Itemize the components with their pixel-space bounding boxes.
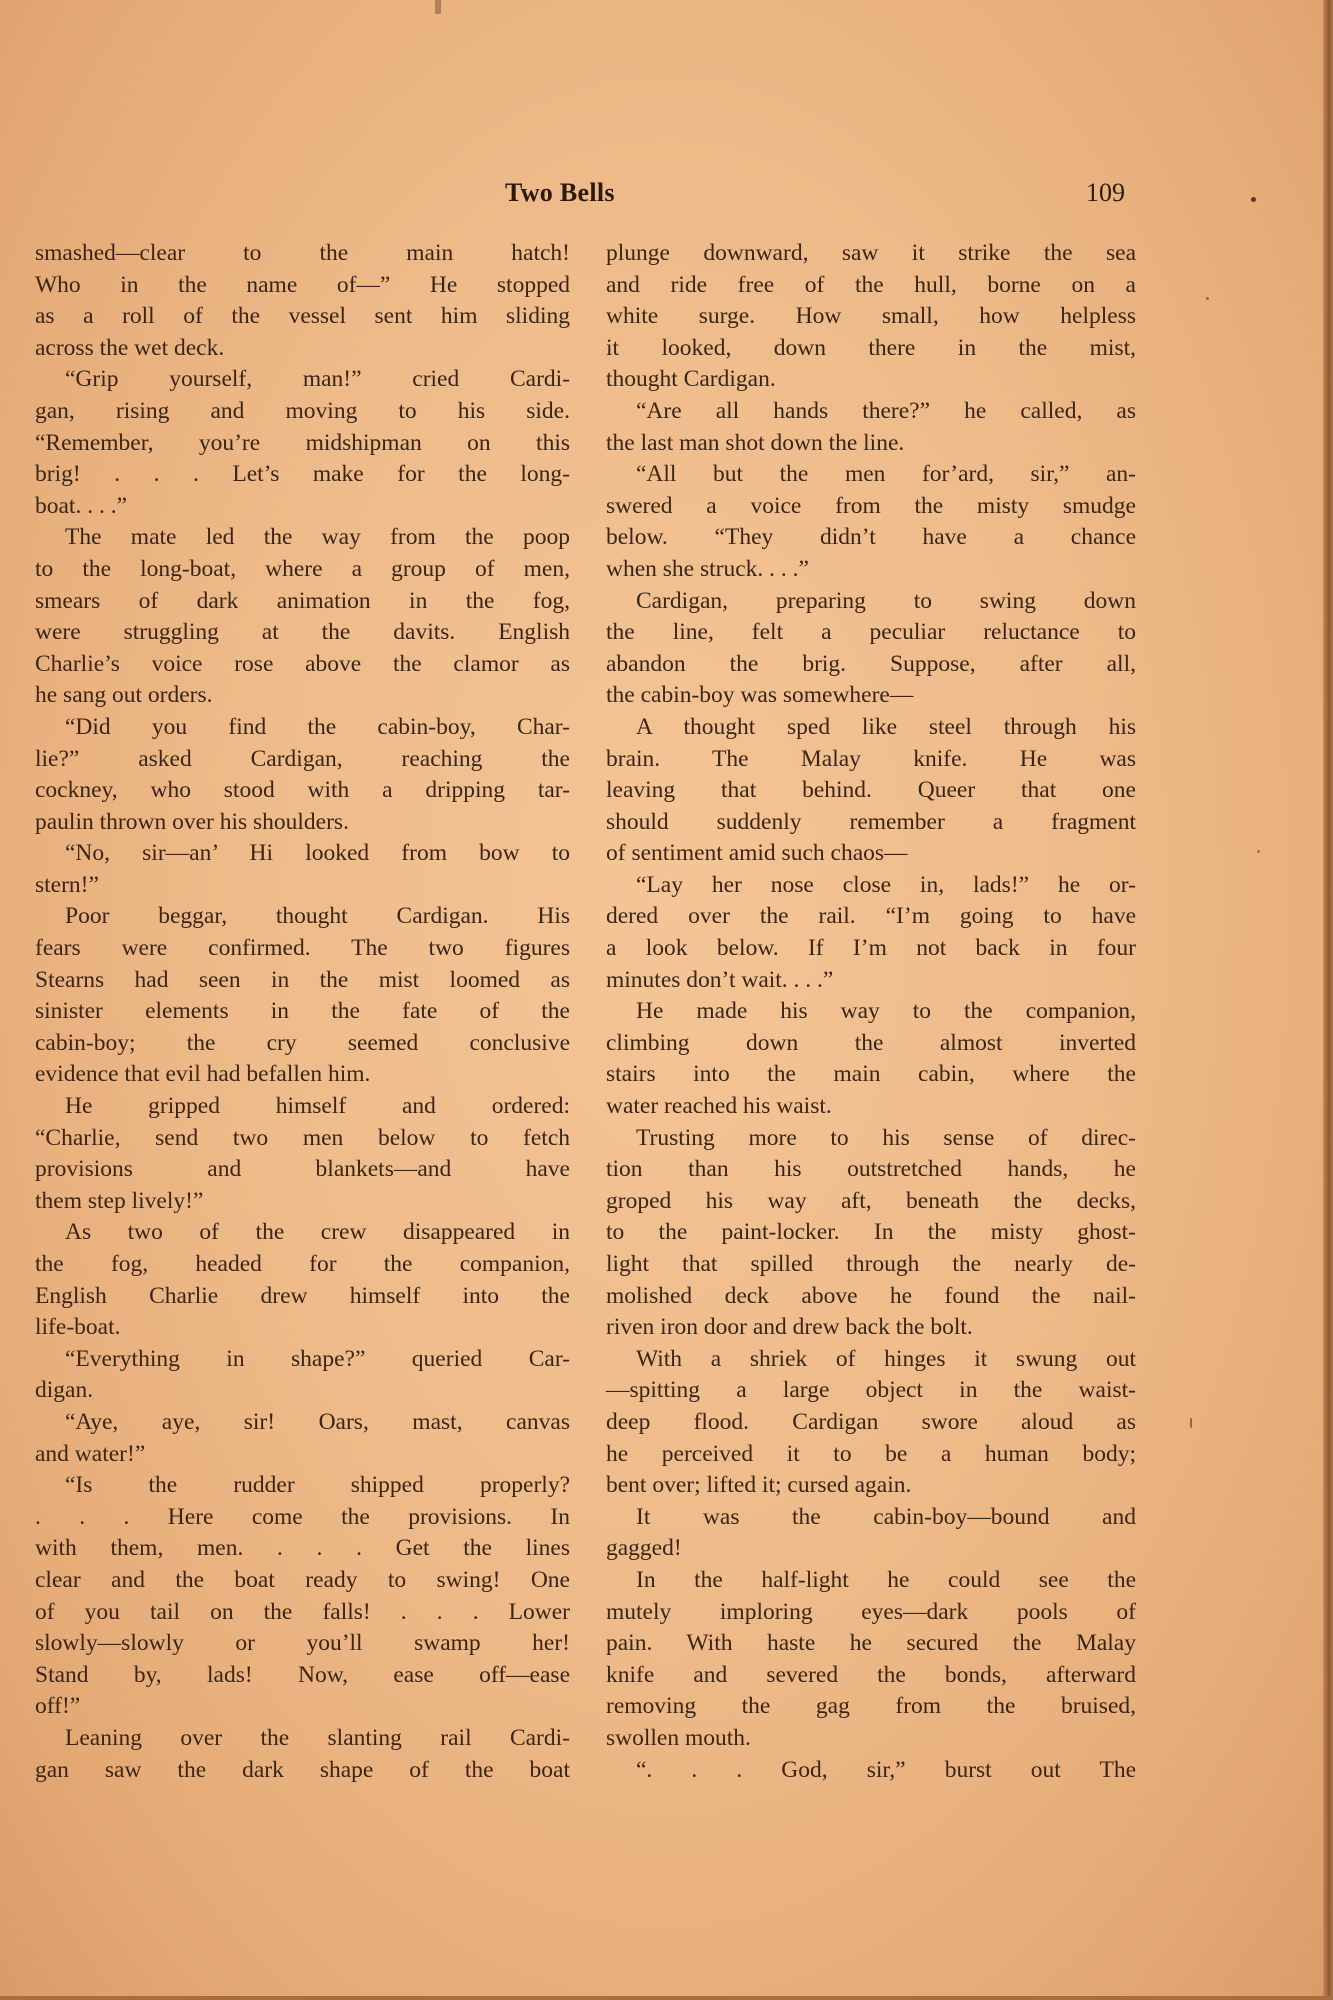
ink-speck (1257, 850, 1260, 853)
text-line: Leaning over the slanting rail Cardi- (35, 1723, 570, 1755)
text-line: to the long-boat, where a group of men, (35, 554, 570, 586)
text-line: a look below. If I’m not back in four (606, 933, 1136, 965)
text-line: slowly—slowly or you’ll swamp her! (35, 1628, 570, 1660)
text-line: brain. The Malay knife. He was (606, 744, 1136, 776)
text-line: groped his way aft, beneath the decks, (606, 1186, 1136, 1218)
text-line: He made his way to the companion, (606, 996, 1136, 1028)
text-line: Poor beggar, thought Cardigan. His (35, 901, 570, 933)
text-line: dered over the rail. “I’m going to have (606, 901, 1136, 933)
text-line: were struggling at the davits. English (35, 617, 570, 649)
page-bottom-edge (0, 1996, 1333, 2000)
text-line: “All but the men for’ard, sir,” an- (606, 459, 1136, 491)
text-line: off!” (35, 1691, 570, 1723)
ink-speck (1190, 1418, 1192, 1428)
text-line: boat. . . .” (35, 491, 570, 523)
text-line: gan saw the dark shape of the boat (35, 1755, 570, 1787)
text-line: “Grip yourself, man!” cried Cardi- (35, 364, 570, 396)
book-page: Two Bells 109 smashed—clear to the main … (0, 0, 1333, 2000)
page-number: 109 (1086, 178, 1125, 208)
text-line: Stearns had seen in the mist loomed as (35, 965, 570, 997)
text-line: with them, men. . . . Get the lines (35, 1533, 570, 1565)
text-line: digan. (35, 1375, 570, 1407)
text-line: white surge. How small, how helpless (606, 301, 1136, 333)
text-line: riven iron door and drew back the bolt. (606, 1312, 1136, 1344)
binding-mark (435, 0, 441, 14)
text-line: “Lay her nose close in, lads!” he or- (606, 870, 1136, 902)
running-head: Two Bells 109 (0, 178, 1333, 218)
text-line: pain. With haste he secured the Malay (606, 1628, 1136, 1660)
text-line: of you tail on the falls! . . . Lower (35, 1597, 570, 1629)
text-line: plunge downward, saw it strike the sea (606, 238, 1136, 270)
text-line: the line, felt a peculiar reluctance to (606, 617, 1136, 649)
text-line: of sentiment amid such chaos— (606, 838, 1136, 870)
text-line: to the paint-locker. In the misty ghost- (606, 1217, 1136, 1249)
text-column-right: plunge downward, saw it strike the seaan… (606, 238, 1136, 1786)
text-line: stairs into the main cabin, where the (606, 1059, 1136, 1091)
text-line: deep flood. Cardigan swore aloud as (606, 1407, 1136, 1439)
text-line: “. . . God, sir,” burst out The (606, 1755, 1136, 1787)
text-line: minutes don’t wait. . . .” (606, 965, 1136, 997)
text-line: the fog, headed for the companion, (35, 1249, 570, 1281)
text-line: gagged! (606, 1533, 1136, 1565)
text-line: “Charlie, send two men below to fetch (35, 1123, 570, 1155)
text-line: “No, sir—an’ Hi looked from bow to (35, 838, 570, 870)
text-line: It was the cabin-boy—bound and (606, 1502, 1136, 1534)
text-line: he perceived it to be a human body; (606, 1439, 1136, 1471)
page-edge-shadow (1323, 0, 1333, 2000)
text-line: life-boat. (35, 1312, 570, 1344)
text-line: stern!” (35, 870, 570, 902)
text-line: “Remember, you’re midshipman on this (35, 428, 570, 460)
text-line: cabin-boy; the cry seemed conclusive (35, 1028, 570, 1060)
text-line: light that spilled through the nearly de… (606, 1249, 1136, 1281)
text-line: water reached his waist. (606, 1091, 1136, 1123)
text-column-left: smashed—clear to the main hatch!Who in t… (35, 238, 570, 1786)
text-line: as a roll of the vessel sent him sliding (35, 301, 570, 333)
text-line: he sang out orders. (35, 680, 570, 712)
text-line: gan, rising and moving to his side. (35, 396, 570, 428)
text-line: and water!” (35, 1439, 570, 1471)
text-line: thought Cardigan. (606, 364, 1136, 396)
ink-speck (1206, 297, 1209, 300)
running-title: Two Bells (505, 178, 705, 208)
text-line: evidence that evil had befallen him. (35, 1059, 570, 1091)
text-line: molished deck above he found the nail- (606, 1281, 1136, 1313)
text-line: “Everything in shape?” queried Car- (35, 1344, 570, 1376)
text-line: With a shriek of hinges it swung out (606, 1344, 1136, 1376)
text-line: removing the gag from the bruised, (606, 1691, 1136, 1723)
text-line: climbing down the almost inverted (606, 1028, 1136, 1060)
text-line: when she struck. . . .” (606, 554, 1136, 586)
text-line: Charlie’s voice rose above the clamor as (35, 649, 570, 681)
text-line: —spitting a large object in the waist- (606, 1375, 1136, 1407)
text-line: and ride free of the hull, borne on a (606, 270, 1136, 302)
text-line: English Charlie drew himself into the (35, 1281, 570, 1313)
text-line: brig! . . . Let’s make for the long- (35, 459, 570, 491)
text-line: knife and severed the bonds, afterward (606, 1660, 1136, 1692)
text-line: the cabin-boy was somewhere— (606, 680, 1136, 712)
text-line: bent over; lifted it; cursed again. (606, 1470, 1136, 1502)
text-line: swollen mouth. (606, 1723, 1136, 1755)
text-line: paulin thrown over his shoulders. (35, 807, 570, 839)
text-line: should suddenly remember a fragment (606, 807, 1136, 839)
text-line: tion than his outstretched hands, he (606, 1154, 1136, 1186)
text-line: In the half-light he could see the (606, 1565, 1136, 1597)
text-line: As two of the crew disappeared in (35, 1217, 570, 1249)
text-line: Cardigan, preparing to swing down (606, 586, 1136, 618)
text-line: “Are all hands there?” he called, as (606, 396, 1136, 428)
text-line: leaving that behind. Queer that one (606, 775, 1136, 807)
text-line: clear and the boat ready to swing! One (35, 1565, 570, 1597)
text-line: Stand by, lads! Now, ease off—ease (35, 1660, 570, 1692)
text-line: mutely imploring eyes—dark pools of (606, 1597, 1136, 1629)
text-line: “Is the rudder shipped properly? (35, 1470, 570, 1502)
text-line: Trusting more to his sense of direc- (606, 1123, 1136, 1155)
text-line: The mate led the way from the poop (35, 522, 570, 554)
text-line: provisions and blankets—and have (35, 1154, 570, 1186)
text-line: the last man shot down the line. (606, 428, 1136, 460)
text-line: lie?” asked Cardigan, reaching the (35, 744, 570, 776)
text-line: “Did you find the cabin-boy, Char- (35, 712, 570, 744)
text-line: sinister elements in the fate of the (35, 996, 570, 1028)
text-line: He gripped himself and ordered: (35, 1091, 570, 1123)
text-line: A thought sped like steel through his (606, 712, 1136, 744)
text-line: it looked, down there in the mist, (606, 333, 1136, 365)
text-line: smashed—clear to the main hatch! (35, 238, 570, 270)
text-line: smears of dark animation in the fog, (35, 586, 570, 618)
text-line: fears were confirmed. The two figures (35, 933, 570, 965)
text-line: abandon the brig. Suppose, after all, (606, 649, 1136, 681)
text-line: cockney, who stood with a dripping tar- (35, 775, 570, 807)
text-line: “Aye, aye, sir! Oars, mast, canvas (35, 1407, 570, 1439)
text-line: swered a voice from the misty smudge (606, 491, 1136, 523)
text-line: . . . Here come the provisions. In (35, 1502, 570, 1534)
text-line: them step lively!” (35, 1186, 570, 1218)
text-line: below. “They didn’t have a chance (606, 522, 1136, 554)
text-line: across the wet deck. (35, 333, 570, 365)
text-line: Who in the name of—” He stopped (35, 270, 570, 302)
